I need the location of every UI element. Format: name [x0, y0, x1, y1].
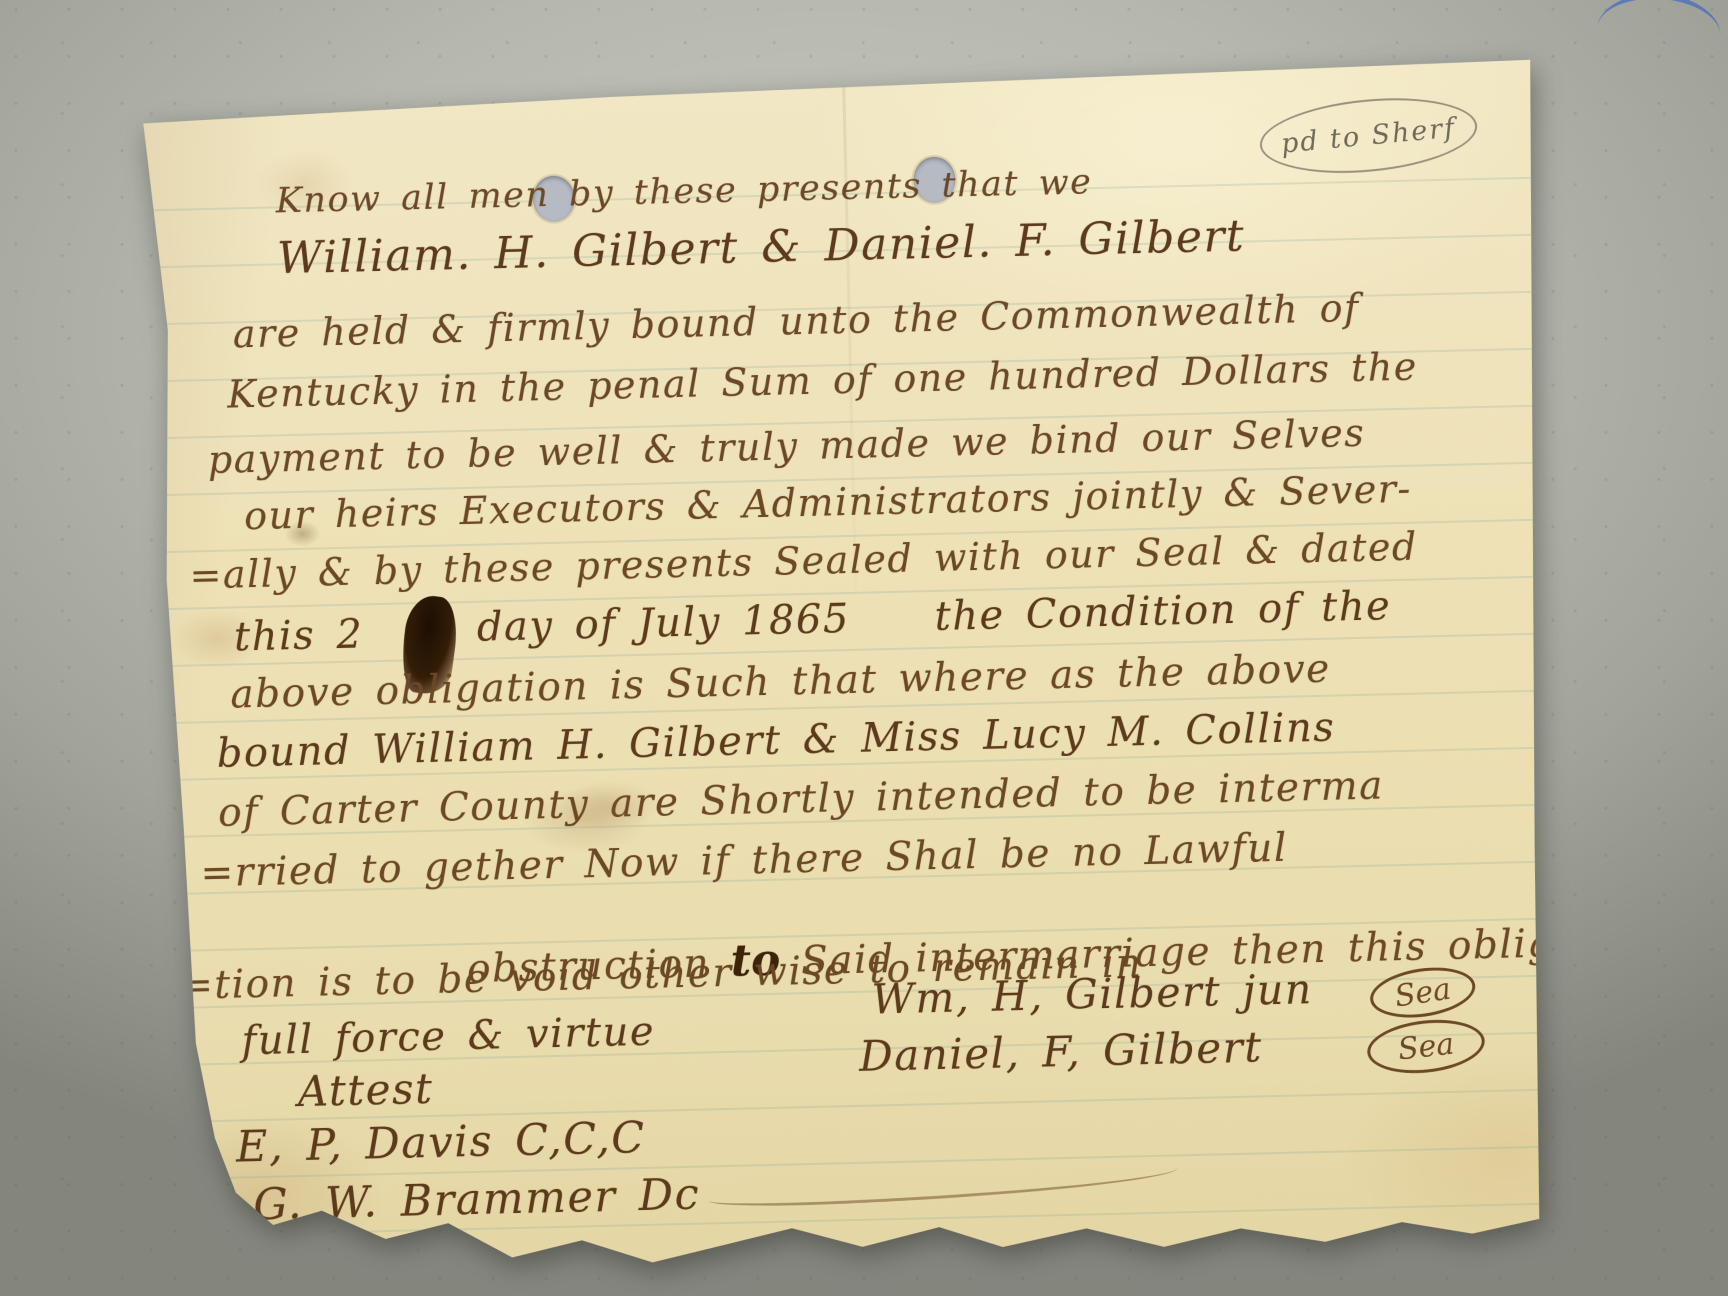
document-paper: pd to Sherf Know all men by these presen… [134, 60, 1564, 1283]
seal-2-label: Sea [1396, 1026, 1456, 1067]
closing-force-virtue: full force & virtue [241, 1009, 655, 1065]
closing-clerk: E, P, Davis C,C,C [235, 1113, 646, 1173]
signature-daniel-gilbert: Daniel, F, Gilbert [859, 1022, 1264, 1080]
date-line-prefix: this 2 [233, 611, 363, 660]
seal-1-label: Sea [1392, 971, 1453, 1014]
blue-pen-mark [1597, 0, 1723, 37]
closing-attest: Attest [297, 1064, 434, 1116]
photo-background: pd to Sherf Know all men by these presen… [0, 0, 1728, 1296]
paper-wrapper: pd to Sherf Know all men by these presen… [134, 60, 1564, 1283]
pencil-note-text: pd to Sherf [1280, 112, 1458, 159]
